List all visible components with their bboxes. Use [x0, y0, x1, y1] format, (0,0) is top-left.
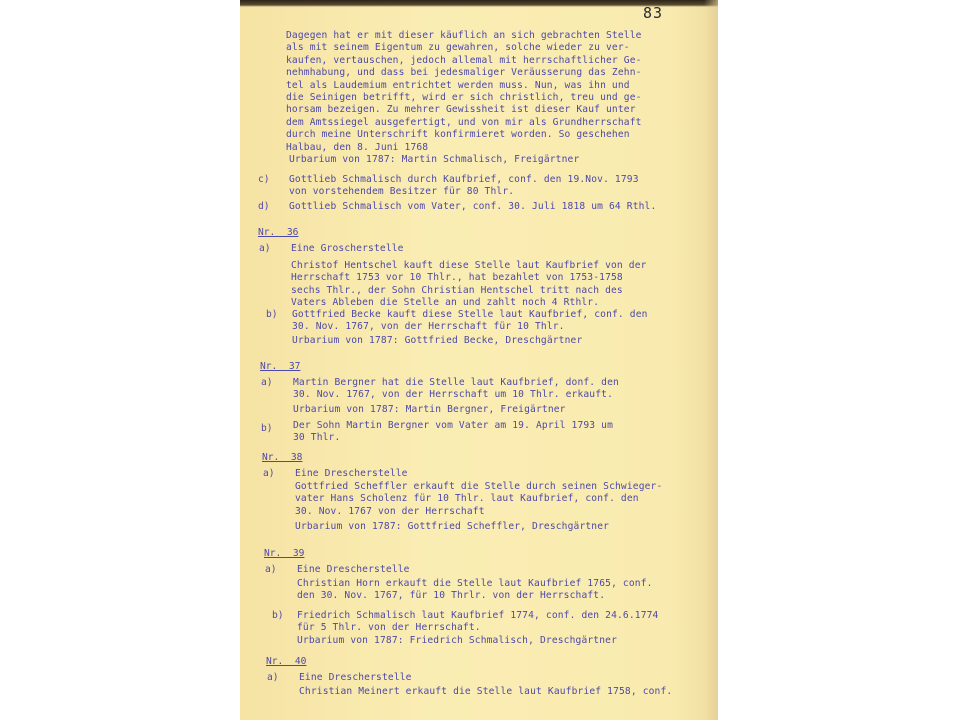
s39-b-label: b) [272, 610, 284, 622]
s37-b-label: b) [261, 423, 273, 435]
s39-a-label: a) [265, 564, 277, 576]
section-heading-40: Nr. 40 [266, 656, 306, 668]
s40-a-label: a) [267, 672, 279, 684]
s37-a-label: a) [261, 377, 273, 389]
section-heading-38: Nr. 38 [262, 452, 302, 464]
s38-a-text: Gottfried Scheffler erkauft die Stelle d… [295, 481, 662, 518]
intro-paragraph: Dagegen hat er mit dieser käuflich an si… [286, 30, 642, 154]
s40-a-text: Christian Meinert erkauft die Stelle lau… [299, 686, 672, 698]
s39-urbarium: Urbarium von 1787: Friedrich Schmalisch,… [297, 635, 617, 647]
s39-a-title: Eine Drescherstelle [297, 564, 410, 576]
s37-b-text: Der Sohn Martin Bergner vom Vater am 19.… [293, 420, 613, 445]
intro-urbarium: Urbarium von 1787: Martin Schmalisch, Fr… [289, 154, 579, 166]
entry-d-text: Gottlieb Schmalisch vom Vater, conf. 30.… [289, 201, 656, 213]
s36-a-text: Christof Hentschel kauft diese Stelle la… [291, 260, 647, 310]
s39-a-text: Christian Horn erkauft die Stelle laut K… [297, 578, 653, 603]
s38-a-title: Eine Drescherstelle [295, 468, 408, 480]
s40-a-title: Eine Drescherstelle [299, 672, 412, 684]
s36-urbarium: Urbarium von 1787: Gottfried Becke, Dres… [292, 335, 582, 347]
document-page: 83 Dagegen hat er mit dieser käuflich an… [240, 0, 718, 720]
entry-c-text: Gottlieb Schmalisch durch Kaufbrief, con… [289, 174, 639, 199]
s36-b-text: Gottfried Becke kauft diese Stelle laut … [292, 309, 648, 334]
s38-urbarium: Urbarium von 1787: Gottfried Scheffler, … [295, 521, 609, 533]
page-number: 83 [643, 4, 663, 22]
s36-a-label: a) [259, 243, 271, 255]
s39-b-text: Friedrich Schmalisch laut Kaufbrief 1774… [297, 610, 658, 635]
s37-a-text: Martin Bergner hat die Stelle laut Kaufb… [293, 377, 619, 402]
s37-urbarium: Urbarium von 1787: Martin Bergner, Freig… [293, 404, 566, 416]
s38-a-label: a) [263, 468, 275, 480]
section-heading-37: Nr. 37 [260, 361, 300, 373]
section-heading-36: Nr. 36 [258, 227, 298, 239]
s36-a-title: Eine Groscherstelle [291, 243, 404, 255]
entry-d-label: d) [258, 201, 270, 213]
entry-c-label: c) [258, 174, 270, 186]
section-heading-39: Nr. 39 [264, 548, 304, 560]
s36-b-label: b) [266, 309, 278, 321]
